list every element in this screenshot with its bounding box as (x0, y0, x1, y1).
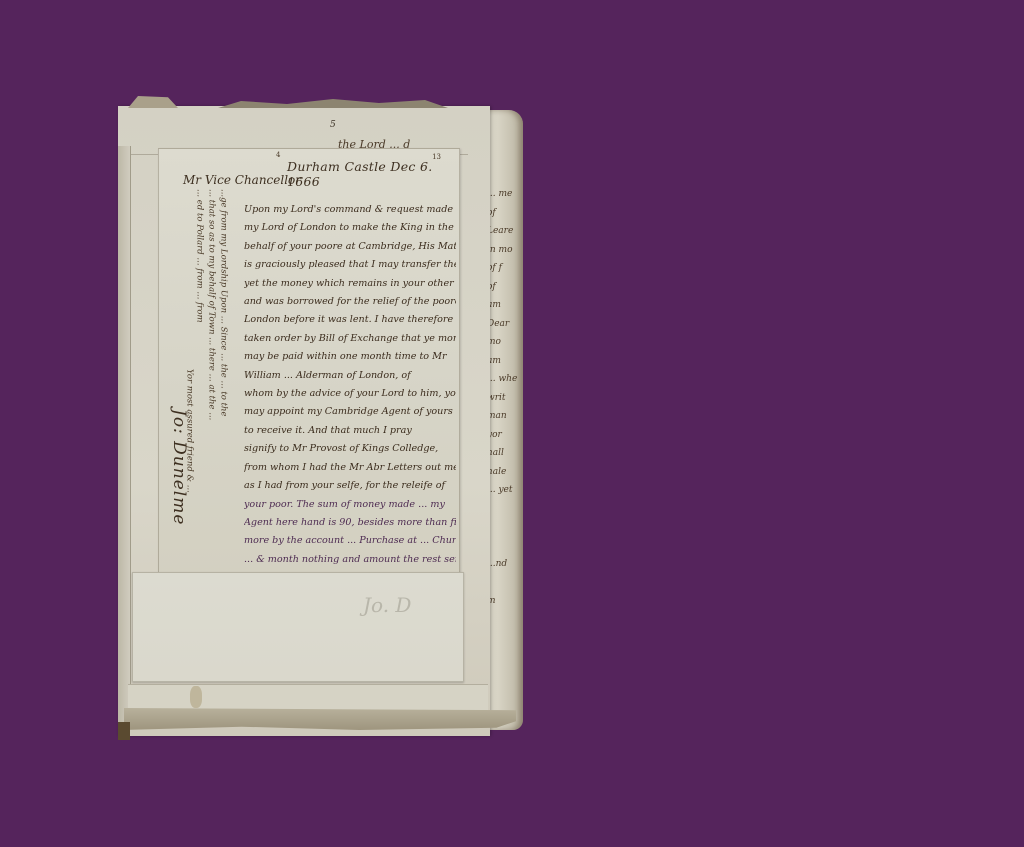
margin-note-line: ...ge from my Lordship Upon ... Since ..… (219, 189, 228, 489)
edge-fragment: writ (487, 389, 523, 408)
manuscript-stack: ... me of Leare in mo of f of am Dear mo… (118, 96, 523, 746)
margin-note-line: ... that so as to my behalf of Town ... … (207, 189, 216, 489)
body-line: yet the money which remains in your othe… (244, 275, 456, 293)
letter-sheet: 4 13 Durham Castle Dec 6. 1666 Mr Vice C… (158, 148, 460, 580)
edge-fragment: in mo (487, 241, 523, 260)
edge-fragment: of f (487, 259, 523, 278)
torn-edge (128, 96, 178, 108)
body-line: may be paid within one month time to Mr (244, 348, 456, 366)
body-line: Agent here hand is 90, besides more than… (244, 514, 456, 532)
edge-fragment: Leare (487, 222, 523, 241)
edge-fragment: mo (487, 333, 523, 352)
edge-fragment: ... me (487, 185, 523, 204)
edge-fragment: m (487, 592, 523, 611)
body-line: from whom I had the Mr Abr Letters out m… (244, 459, 456, 477)
body-line: may appoint my Cambridge Agent of yours (244, 403, 456, 421)
edge-fragment: ...nd (487, 555, 523, 574)
body-line: your poor. The sum of money made ... my (244, 496, 456, 514)
edge-fragment: hale (487, 463, 523, 482)
edge-fragment (487, 537, 523, 556)
body-line: and was borrowed for the relief of the p… (244, 293, 456, 311)
body-line: signify to Mr Provost of Kings Colledge, (244, 440, 456, 458)
letter-signature: Jo: Dunelme (169, 409, 189, 525)
torn-edge (218, 98, 448, 108)
edge-text-fragments: ... me of Leare in mo of f of am Dear mo… (487, 185, 523, 611)
binding-corner (118, 722, 130, 740)
body-line: more by the account ... Purchase at ... … (244, 532, 456, 550)
edge-fragment: yor (487, 426, 523, 445)
body-line: London before it was lent. I have theref… (244, 311, 456, 329)
edge-fragment: Dear (487, 315, 523, 334)
body-line: my Lord of London to make the King in th… (244, 219, 456, 237)
edge-fragment: ... yet (487, 481, 523, 500)
letter-date: Durham Castle Dec 6. 1666 (287, 159, 459, 189)
blank-cover-sheet: Jo. D (132, 572, 464, 682)
body-line: to receive it. And that much I pray (244, 422, 456, 440)
page-number: 5 (330, 120, 336, 130)
edge-fragment: am (487, 352, 523, 371)
body-line: behalf of your poore at Cambridge, His M… (244, 238, 456, 256)
edge-fragment: man (487, 407, 523, 426)
edge-fragment: hall (487, 444, 523, 463)
body-line: as I had from your selfe, for the releif… (244, 477, 456, 495)
edge-fragment (487, 500, 523, 519)
faint-bleedthrough-text: Jo. D (363, 593, 411, 617)
edge-fragment (487, 518, 523, 537)
edge-fragment: ... whe (487, 370, 523, 389)
date-mark: 4 (276, 151, 280, 159)
body-line: is graciously pleased that I may transfe… (244, 256, 456, 274)
body-line: taken order by Bill of Exchange that ye … (244, 330, 456, 348)
body-line: whom by the advice of your Lord to him, … (244, 385, 456, 403)
edge-fragment (487, 574, 523, 593)
letter-salutation: Mr Vice Chancellor (183, 173, 301, 187)
body-line: ... & month nothing and amount the rest … (244, 551, 456, 569)
body-line: Upon my Lord's command & request made to (244, 201, 456, 219)
edge-fragment: am (487, 296, 523, 315)
edge-fragment: of (487, 278, 523, 297)
water-stain (190, 686, 202, 708)
worn-bottom-edge (124, 708, 516, 730)
left-binding-strip (118, 146, 131, 726)
edge-fragment: of (487, 204, 523, 223)
margin-note-line: ... ed to Pollard ... from ... from (195, 189, 204, 429)
body-line: William ... Alderman of London, of (244, 367, 456, 385)
